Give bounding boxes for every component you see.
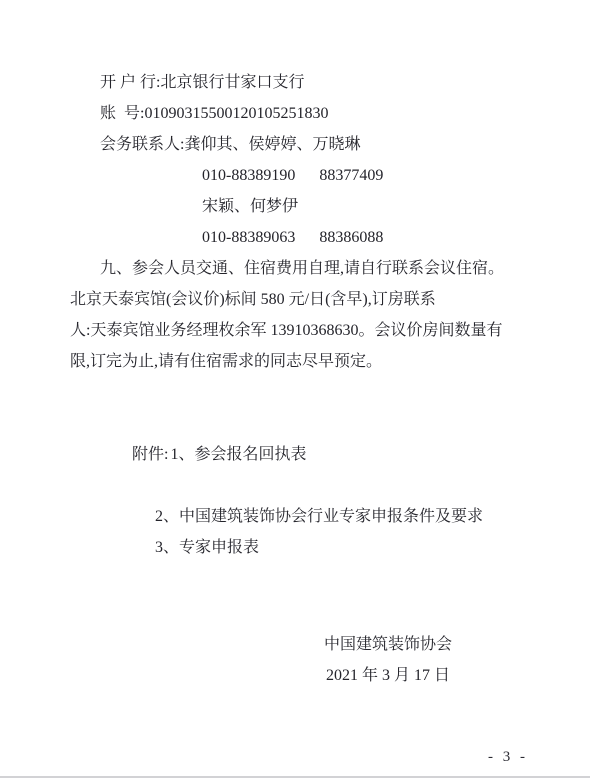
attachment-item: 2、中国建筑装饰协会行业专家申报条件及要求 [70,501,522,532]
bank-line-conference-contacts: 会务联系人:龚仰其、侯婷婷、万晓琳 [70,129,522,160]
attachments-section: 附件:1、参会报名回执表 2、中国建筑装饰协会行业专家申报条件及要求 3、专家申… [70,408,522,563]
paragraph-line: 人:天泰宾馆业务经理枚余军 13910368630。会议价房间数量有 [70,315,522,346]
signature-section: 中国建筑装饰协会 2021 年 3 月 17 日 [70,629,522,691]
attachments-label: 附件: [132,446,168,463]
signature-inner: 中国建筑装饰协会 2021 年 3 月 17 日 [254,629,522,691]
document-page: 开 户 行:北京银行甘家口支行 账 号:01090315500120105251… [0,0,590,778]
bank-line-opening-bank: 开 户 行:北京银行甘家口支行 [70,67,522,98]
bank-line-account-number: 账 号:01090315500120105251830 [70,98,522,129]
page-number: - 3 - [488,749,528,766]
attachment-line: 附件:1、参会报名回执表 [70,408,522,501]
signature-date: 2021 年 3 月 17 日 [254,660,522,691]
attachment-item: 1、参会报名回执表 [168,446,306,463]
document-body: 开 户 行:北京银行甘家口支行 账 号:01090315500120105251… [0,0,590,691]
paragraph-line: 九、参会人员交通、住宿费用自理,请自行联系会议住宿。 [70,253,522,284]
attachment-item: 3、专家申报表 [70,532,522,563]
contact-phone-line: 010-88389063 88386088 [70,222,522,253]
paragraph-line: 北京天泰宾馆(会议价)标间 580 元/日(含早),订房联系 [70,284,522,315]
signature-organization: 中国建筑装饰协会 [254,629,522,660]
contact-names-line: 宋颖、何梦伊 [70,191,522,222]
paragraph-line: 限,订完为止,请有住宿需求的同志尽早预定。 [70,346,522,377]
contact-phone-line: 010-88389190 88377409 [70,160,522,191]
